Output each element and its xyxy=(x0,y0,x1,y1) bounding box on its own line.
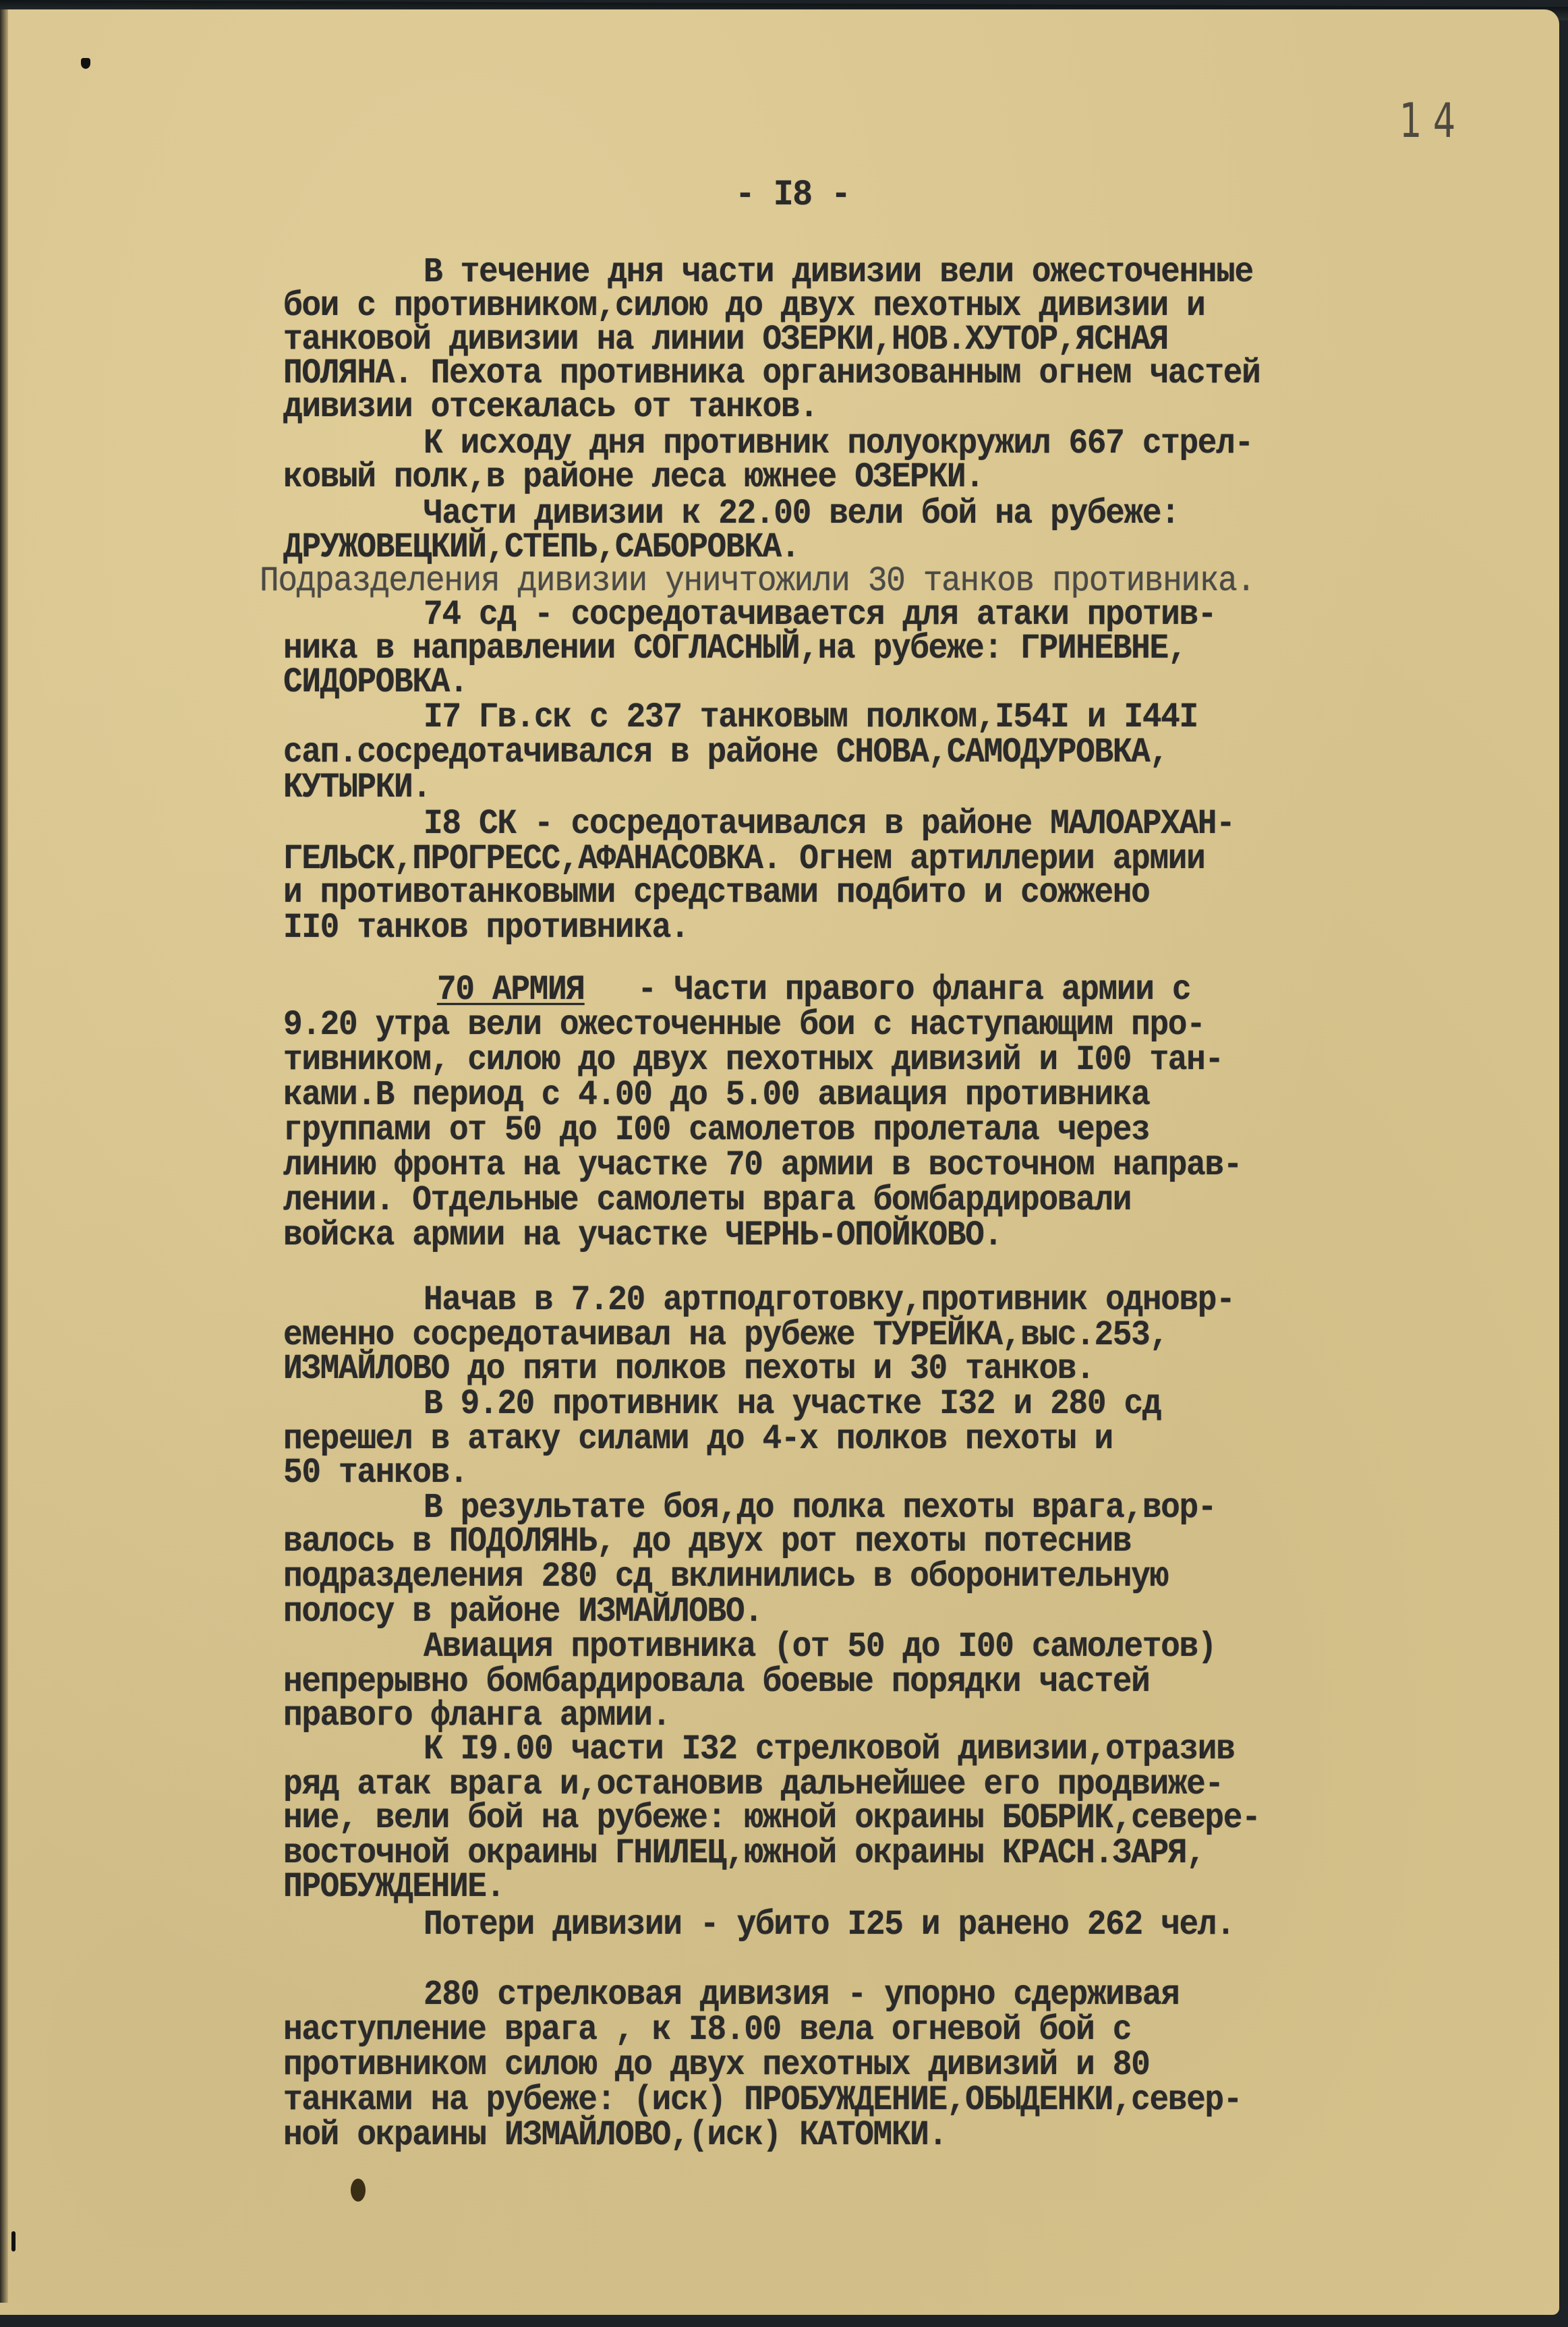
text-line: В 9.20 противник на участке I32 и 280 сд xyxy=(424,1385,1161,1423)
text-line: II0 танков противника. xyxy=(283,909,689,947)
punch-hole-icon xyxy=(81,58,90,69)
page-binding-edge xyxy=(0,9,8,2303)
text-line: 50 танков. xyxy=(283,1454,467,1492)
text-line: группами от 50 до I00 самолетов пролетал… xyxy=(283,1112,1149,1149)
text-line: I7 Гв.ск с 237 танковым полком,I54I и I4… xyxy=(424,699,1198,737)
text-line: танками на рубеже: (иск) ПРОБУЖДЕНИЕ,ОБЫ… xyxy=(283,2081,1242,2119)
text-line: наступление врага , к I8.00 вела огневой… xyxy=(283,2011,1131,2049)
text-line: полосу в районе ИЗМАЙЛОВО. xyxy=(283,1593,763,1631)
text-line: и противотанковыми средствами подбито и … xyxy=(283,874,1149,912)
binding-hole-icon xyxy=(11,2231,16,2251)
text-line: ками.В период с 4.00 до 5.00 авиация про… xyxy=(283,1076,1149,1114)
page-number: - I8 - xyxy=(735,177,850,214)
text-line: ной окраины ИЗМАЙЛОВО,(иск) КАТОМКИ. xyxy=(283,2117,947,2154)
text-line: противником силою до двух пехотных дивиз… xyxy=(283,2046,1149,2084)
text-line: Авиация противника (от 50 до I00 самолет… xyxy=(424,1628,1216,1666)
text-line: ковый полк,в районе леса южнее ОЗЕРКИ. xyxy=(283,459,983,496)
text-line: подразделения 280 сд вклинились в оборон… xyxy=(283,1558,1168,1596)
text-line: дивизии отсекалась от танков. xyxy=(283,389,818,426)
text-line: ПРОБУЖДЕНИЕ. xyxy=(283,1868,504,1906)
archive-sheet-number: 14 xyxy=(1399,93,1467,148)
text-line: КУТЫРКИ. xyxy=(283,769,431,807)
text-line: ние, вели бой на рубеже: южной окраины Б… xyxy=(283,1800,1260,1837)
text-line: К I9.00 части I32 стрелковой дивизии,отр… xyxy=(424,1731,1234,1769)
text-line: ИЗМАЙЛОВО до пяти полков пехоты и 30 тан… xyxy=(283,1350,1094,1388)
text-line: тивником, силою до двух пехотных дивизий… xyxy=(283,1041,1223,1079)
text-line: 280 стрелковая дивизия - упорно сдержива… xyxy=(424,1976,1179,2014)
ink-stain-icon xyxy=(351,2179,366,2202)
text-line: I8 СК - сосредотачивался в районе МАЛОАР… xyxy=(424,805,1234,843)
text-line: сап.сосредотачивался в районе СНОВА,САМО… xyxy=(283,734,1168,772)
text-line: Потери дивизии - убито I25 и ранено 262 … xyxy=(424,1906,1234,1944)
text-line: валось в ПОДОЛЯНЬ, до двух рот пехоты по… xyxy=(283,1523,1131,1561)
text-line: Начав в 7.20 артподготовку,противник одн… xyxy=(424,1282,1234,1319)
text-line: войска армии на участке ЧЕРНЬ-ОПОЙКОВО. xyxy=(283,1217,1002,1255)
text-line: 9.20 утра вели ожесточенные бои с наступ… xyxy=(283,1006,1204,1044)
text-line: - Части правого фланга армии с xyxy=(619,971,1190,1009)
text-line: лении. Отдельные самолеты врага бомбарди… xyxy=(283,1182,1131,1219)
section-heading-70-army: 70 АРМИЯ xyxy=(437,971,585,1009)
text-line: линию фронта на участке 70 армии в восто… xyxy=(283,1147,1242,1184)
text-line: СИДОРОВКА. xyxy=(283,664,467,701)
